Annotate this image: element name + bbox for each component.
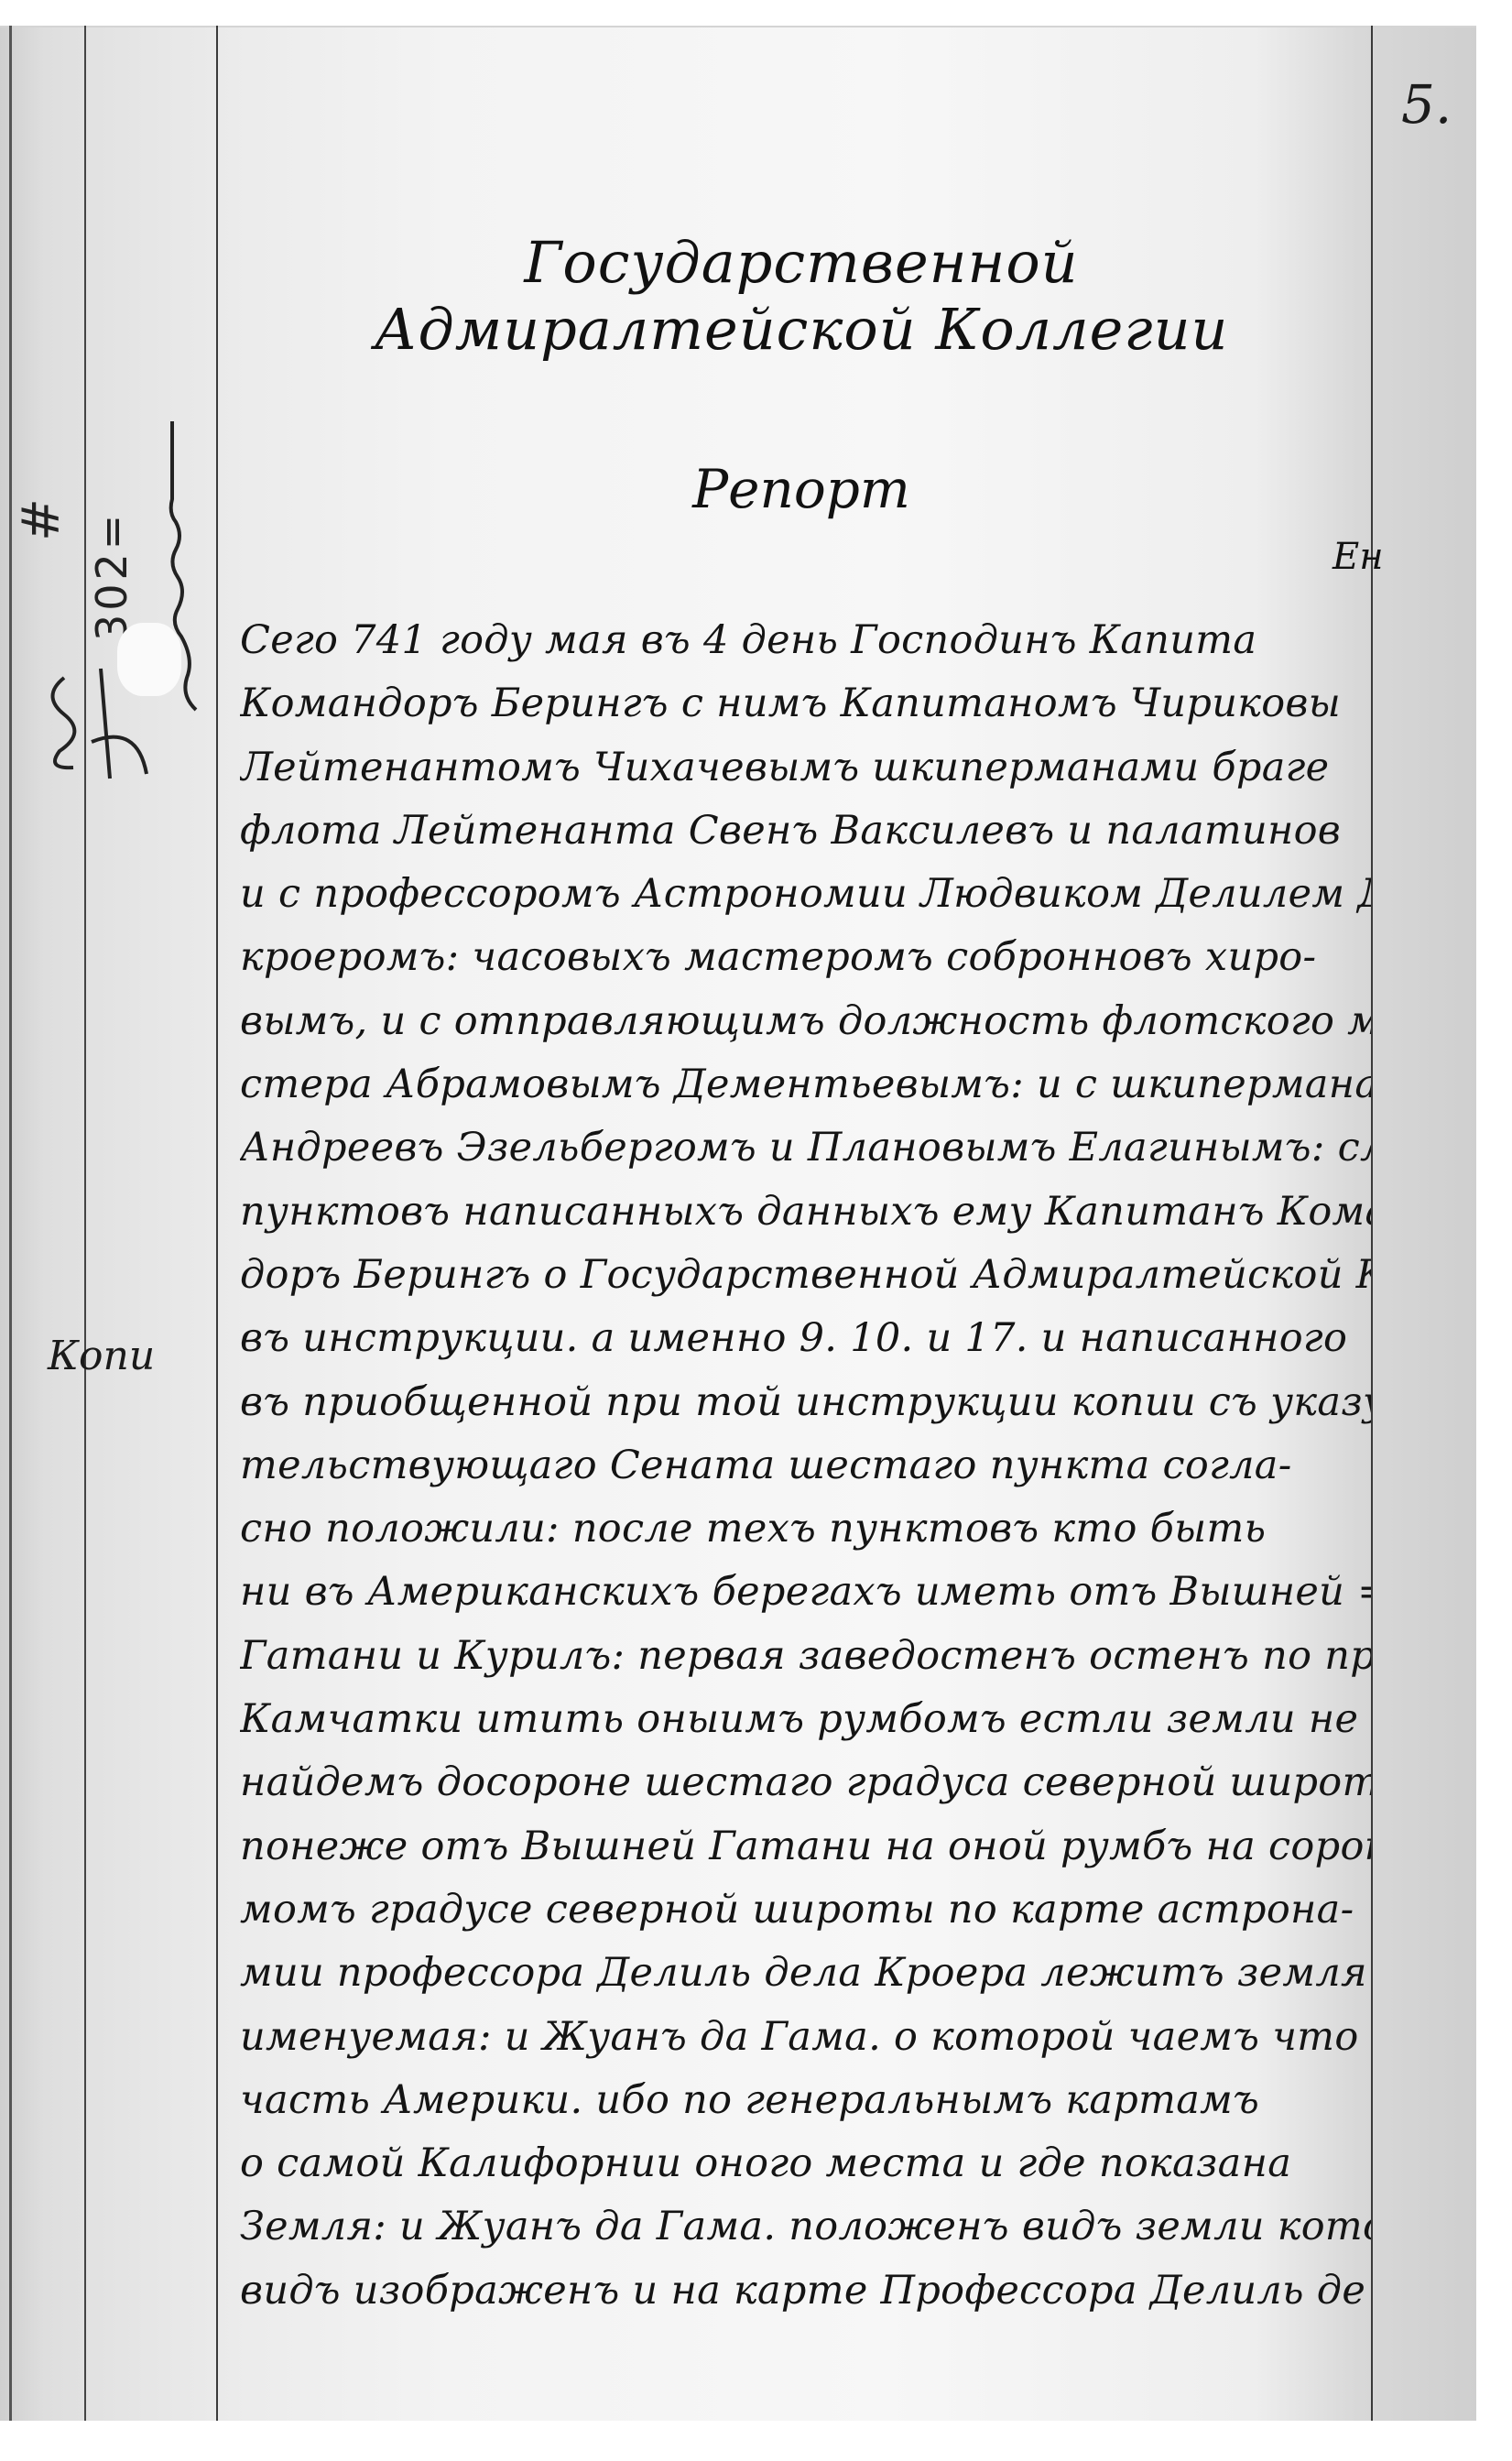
text-line: о самой Калифорнии оного места и где пок… <box>240 2132 1371 2195</box>
text-line: момъ градусе северной широты по карте ас… <box>240 1878 1371 1942</box>
text-line: въ инструкции. а именно 9. 10. и 17. и н… <box>240 1307 1371 1370</box>
text-line: Командоръ Берингъ с нимъ Капитаномъ Чири… <box>240 672 1371 735</box>
text-line: ни въ Американскихъ берегахъ иметь отъ В… <box>240 1561 1371 1624</box>
text-line: Земля: и Жуанъ да Гама. положенъ видъ зе… <box>240 2195 1371 2259</box>
document-subtitle: Репорт <box>275 458 1328 520</box>
text-line: часть Америки. ибо по генеральнымъ карта… <box>240 2069 1371 2132</box>
text-line: пунктовъ написанныхъ данныхъ ему Капитан… <box>240 1181 1371 1244</box>
manuscript-body: Сего 741 году мая въ 4 день Господинъ Ка… <box>240 609 1371 2323</box>
archive-number: 302= <box>87 511 136 641</box>
archive-hash-mark: # <box>12 498 71 541</box>
folio-number: 5. <box>1401 73 1452 136</box>
text-line: мии профессора Делиль дела Кроера лежитъ… <box>240 1942 1371 2005</box>
page-edge-line <box>9 26 12 2421</box>
document-title: Государственной Адмиралтейской Коллегии <box>275 229 1328 363</box>
text-line: Лейтенантомъ Чихачевымъ шкиперманами бра… <box>240 736 1371 800</box>
text-line: понеже отъ Вышней Гатани на оной румбъ н… <box>240 1815 1371 1878</box>
text-line: найдемъ досороне шестаго градуса северно… <box>240 1751 1371 1814</box>
text-line: въ приобщенной при той инструкции копии … <box>240 1371 1371 1434</box>
text-line: видъ изображенъ и на карте Профессора Де… <box>240 2260 1371 2323</box>
page-bottom-margin <box>0 2421 1512 2461</box>
text-line: стера Абрамовымъ Дементьевымъ: и с шкипе… <box>240 1053 1371 1116</box>
text-line: и с профессоромъ Астрономии Людвиком Дел… <box>240 863 1371 926</box>
superscript-note: Ен <box>1333 536 1384 578</box>
text-line: Камчатки итить оныимъ румбомъ естли земл… <box>240 1688 1371 1751</box>
text-line: Андреевъ Эзельбергомъ и Плановымъ Елагин… <box>240 1116 1371 1180</box>
text-line: именуемая: и Жуанъ да Гама. о которой ча… <box>240 2006 1371 2069</box>
text-line: Сего 741 году мая въ 4 день Господинъ Ка… <box>240 609 1371 672</box>
text-left-rule <box>216 26 218 2421</box>
text-line: кроеромъ: часовыхъ мастеромъ собронновъ … <box>240 926 1371 989</box>
signature-squiggle-icon <box>165 412 220 714</box>
text-line: вымъ, и с отправляющимъ должность флотск… <box>240 990 1371 1053</box>
margin-rule-line <box>84 26 86 2421</box>
text-line: доръ Берингъ о Государственной Адмиралте… <box>240 1244 1371 1307</box>
text-line: сно положили: после техъ пунктовъ кто бы… <box>240 1497 1371 1561</box>
text-line: тельствующаго Сената шестаго пункта согл… <box>240 1434 1371 1497</box>
margin-note: Копи <box>48 1333 155 1379</box>
text-line: Гатани и Курилъ: первая заведостенъ осте… <box>240 1625 1371 1688</box>
text-line: флота Лейтенанта Свенъ Ваксилевъ и палат… <box>240 800 1371 863</box>
text-right-rule <box>1371 26 1373 2421</box>
signature-flourish-icon <box>37 659 165 788</box>
